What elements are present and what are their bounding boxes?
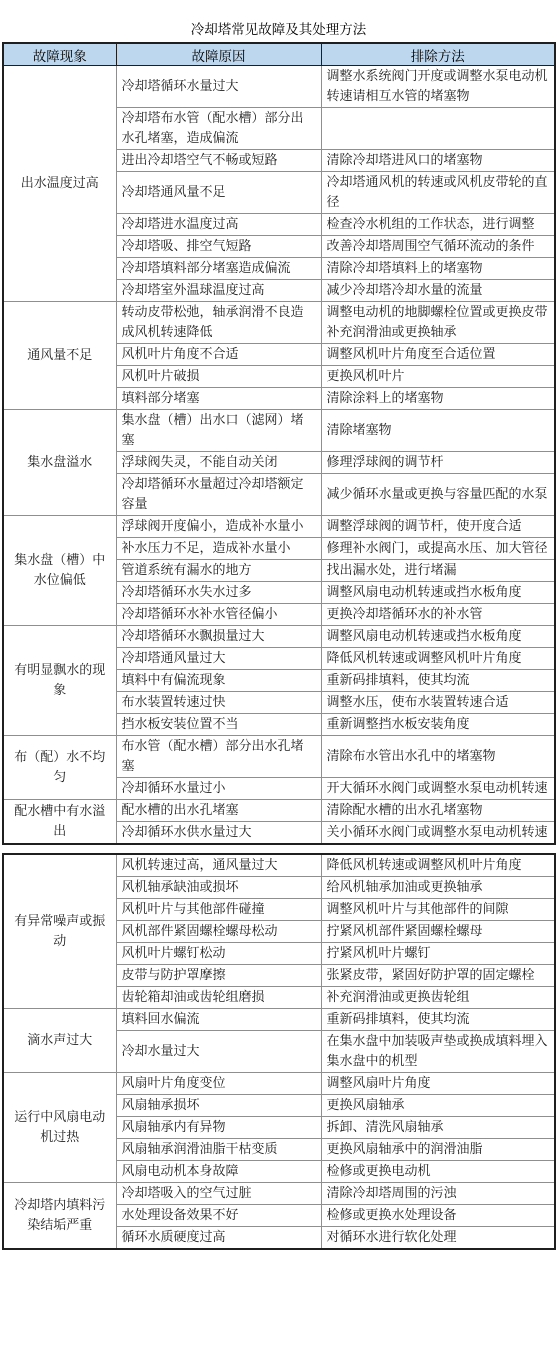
cause-cell: 补水压力不足，造成补水量小: [116, 538, 321, 560]
cause-cell: 风扇电动机本身故障: [116, 1161, 321, 1183]
solution-cell: 调整风扇电动机转速或挡水板角度: [321, 626, 555, 648]
table-row: 布（配）水不均匀布水管（配水槽）部分出水孔堵塞清除布水管出水孔中的堵塞物: [3, 736, 555, 778]
table-row: 运行中风扇电动机过热风扇叶片角度变位调整风扇叶片角度: [3, 1073, 555, 1095]
solution-cell: 清除布水管出水孔中的堵塞物: [321, 736, 555, 778]
cause-cell: 冷却循环水供水量过大: [116, 822, 321, 845]
table-row: 集水盘溢水集水盘（槽）出水口（滤网）堵塞清除堵塞物: [3, 410, 555, 452]
solution-cell: 更换冷却塔循环水的补水管: [321, 604, 555, 626]
cause-cell: 冷却塔循环水补水管径偏小: [116, 604, 321, 626]
solution-cell: 在集水盘中加装吸声垫或换成填料埋入集水盘中的机型: [321, 1031, 555, 1073]
solution-cell: 重新码排填料，使其均流: [321, 670, 555, 692]
cause-cell: 冷却塔通风量过大: [116, 648, 321, 670]
cause-cell: 风机轴承缺油或损坏: [116, 877, 321, 899]
solution-cell: 改善冷却塔周围空气循环流动的条件: [321, 236, 555, 258]
solution-cell: 调整水系统阀门开度或调整水泵电动机转速请相互水管的堵塞物: [321, 66, 555, 108]
solution-cell: 张紧皮带，紧固好防护罩的固定螺栓: [321, 965, 555, 987]
cause-cell: 配水槽的出水孔堵塞: [116, 800, 321, 822]
fault-tables-container: 故障现象故障原因排除方法出水温度过高冷却塔循环水量过大调整水系统阀门开度或调整水…: [0, 42, 557, 1250]
cause-cell: 冷却循环水量过小: [116, 778, 321, 800]
cause-cell: 浮球阀失灵，不能自动关闭: [116, 452, 321, 474]
column-header-phenomenon: 故障现象: [3, 43, 116, 66]
phenomenon-cell: 冷却塔内填料污染结垢严重: [3, 1183, 116, 1250]
phenomenon-cell: 配水槽中有水溢出: [3, 800, 116, 845]
cause-cell: 冷却塔循环水失水过多: [116, 582, 321, 604]
table-row: 配水槽中有水溢出配水槽的出水孔堵塞清除配水槽的出水孔堵塞物: [3, 800, 555, 822]
solution-cell: 开大循环水阀门或调整水泵电动机转速: [321, 778, 555, 800]
solution-cell: 拧紧风机部件紧固螺栓螺母: [321, 921, 555, 943]
fault-table-2: 有异常噪声或振动风机转速过高，通风量过大降低风机转速或调整风机叶片角度风机轴承缺…: [2, 853, 556, 1250]
solution-cell: 调整风扇电动机转速或挡水板角度: [321, 582, 555, 604]
cause-cell: 浮球阀开度偏小，造成补水量小: [116, 516, 321, 538]
phenomenon-cell: 出水温度过高: [3, 66, 116, 302]
solution-cell: 修理浮球阀的调节杆: [321, 452, 555, 474]
cause-cell: 冷却塔填料部分堵塞造成偏流: [116, 258, 321, 280]
solution-cell: 调整水压，使布水装置转速合适: [321, 692, 555, 714]
phenomenon-cell: 布（配）水不均匀: [3, 736, 116, 800]
solution-cell: 更换风扇轴承中的润滑油脂: [321, 1139, 555, 1161]
cause-cell: 风机部件紧固螺栓螺母松动: [116, 921, 321, 943]
solution-cell: 检查冷水机组的工作状态，进行调整: [321, 214, 555, 236]
solution-cell: 重新码排填料，使其均流: [321, 1009, 555, 1031]
solution-cell: 找出漏水处，进行堵漏: [321, 560, 555, 582]
solution-cell: 减少冷却塔冷却水量的流量: [321, 280, 555, 302]
cause-cell: 冷却塔循环水量超过冷却塔额定容量: [116, 474, 321, 516]
cause-cell: 填料回水偏流: [116, 1009, 321, 1031]
solution-cell: 给风机轴承加油或更换轴承: [321, 877, 555, 899]
phenomenon-cell: 运行中风扇电动机过热: [3, 1073, 116, 1183]
cause-cell: 风机叶片与其他部件碰撞: [116, 899, 321, 921]
phenomenon-cell: 通风量不足: [3, 302, 116, 410]
solution-cell: 调整风机叶片与其他部件的间隙: [321, 899, 555, 921]
solution-cell: 减少循环水量或更换与容量匹配的水泵: [321, 474, 555, 516]
cause-cell: 风机叶片破损: [116, 366, 321, 388]
phenomenon-cell: 集水盘溢水: [3, 410, 116, 516]
solution-cell: 清除涂料上的堵塞物: [321, 388, 555, 410]
cause-cell: 冷却塔进水温度过高: [116, 214, 321, 236]
cause-cell: 皮带与防护罩摩擦: [116, 965, 321, 987]
cause-cell: 填料中有偏流现象: [116, 670, 321, 692]
cause-cell: 风机叶片螺钉松动: [116, 943, 321, 965]
cause-cell: 齿轮箱却油或齿轮组磨损: [116, 987, 321, 1009]
solution-cell: 更换风扇轴承: [321, 1095, 555, 1117]
phenomenon-cell: 滴水声过大: [3, 1009, 116, 1073]
cause-cell: 冷却塔循环水飘损量过大: [116, 626, 321, 648]
solution-cell: 清除冷却塔进风口的堵塞物: [321, 150, 555, 172]
solution-cell: 调整浮球阀的调节杆，使开度合适: [321, 516, 555, 538]
solution-cell: 修理补水阀门，或提高水压、加大管径: [321, 538, 555, 560]
solution-cell: 拧紧风机叶片螺钉: [321, 943, 555, 965]
solution-cell: 调整电动机的地脚螺栓位置或更换皮带补充润滑油或更换轴承: [321, 302, 555, 344]
header-row: 故障现象故障原因排除方法: [3, 43, 555, 66]
table-row: 冷却塔内填料污染结垢严重冷却塔吸入的空气过脏清除冷却塔周围的污浊: [3, 1183, 555, 1205]
page-title: 冷却塔常见故障及其处理方法: [0, 0, 557, 42]
cause-cell: 冷却塔室外温球温度过高: [116, 280, 321, 302]
solution-cell: 检修或更换电动机: [321, 1161, 555, 1183]
cause-cell: 布水管（配水槽）部分出水孔堵塞: [116, 736, 321, 778]
solution-cell: 补充润滑油或更换齿轮组: [321, 987, 555, 1009]
solution-cell: 清除堵塞物: [321, 410, 555, 452]
cause-cell: 冷却塔通风量不足: [116, 172, 321, 214]
solution-cell: 拆卸、清洗风扇轴承: [321, 1117, 555, 1139]
table-row: 集水盘（槽）中水位偏低浮球阀开度偏小，造成补水量小调整浮球阀的调节杆，使开度合适: [3, 516, 555, 538]
solution-cell: 清除冷却塔周围的污浊: [321, 1183, 555, 1205]
fault-table-1: 故障现象故障原因排除方法出水温度过高冷却塔循环水量过大调整水系统阀门开度或调整水…: [2, 42, 556, 845]
cause-cell: 布水装置转速过快: [116, 692, 321, 714]
cause-cell: 进出冷却塔空气不畅或短路: [116, 150, 321, 172]
cause-cell: 转动皮带松弛，轴承润滑不良造成风机转速降低: [116, 302, 321, 344]
solution-cell: 调整风机叶片角度至合适位置: [321, 344, 555, 366]
solution-cell: 清除配水槽的出水孔堵塞物: [321, 800, 555, 822]
cause-cell: 挡水板安装位置不当: [116, 714, 321, 736]
cause-cell: 冷却水量过大: [116, 1031, 321, 1073]
solution-cell: 检修或更换水处理设备: [321, 1205, 555, 1227]
solution-cell: 降低风机转速或调整风机叶片角度: [321, 854, 555, 877]
solution-cell: 冷却塔通风机的转速或风机皮带轮的直径: [321, 172, 555, 214]
table-row: 有异常噪声或振动风机转速过高，通风量过大降低风机转速或调整风机叶片角度: [3, 854, 555, 877]
cause-cell: 冷却塔吸入的空气过脏: [116, 1183, 321, 1205]
table-row: 出水温度过高冷却塔循环水量过大调整水系统阀门开度或调整水泵电动机转速请相互水管的…: [3, 66, 555, 108]
cause-cell: 风机叶片角度不合适: [116, 344, 321, 366]
cause-cell: 风扇轴承损坏: [116, 1095, 321, 1117]
phenomenon-cell: 集水盘（槽）中水位偏低: [3, 516, 116, 626]
cause-cell: 管道系统有漏水的地方: [116, 560, 321, 582]
cause-cell: 风扇轴承内有异物: [116, 1117, 321, 1139]
cause-cell: 循环水质硬度过高: [116, 1227, 321, 1250]
table-row: 有明显飘水的现象冷却塔循环水飘损量过大调整风扇电动机转速或挡水板角度: [3, 626, 555, 648]
solution-cell: 关小循环水阀门或调整水泵电动机转速: [321, 822, 555, 845]
cause-cell: 风扇轴承润滑油脂干枯变质: [116, 1139, 321, 1161]
solution-cell: 降低风机转速或调整风机叶片角度: [321, 648, 555, 670]
solution-cell: 重新调整挡水板安装角度: [321, 714, 555, 736]
solution-cell: 清除冷却塔填料上的堵塞物: [321, 258, 555, 280]
column-header-cause: 故障原因: [116, 43, 321, 66]
phenomenon-cell: 有异常噪声或振动: [3, 854, 116, 1009]
cause-cell: 风机转速过高，通风量过大: [116, 854, 321, 877]
solution-cell: [321, 108, 555, 150]
cause-cell: 冷却塔布水管（配水槽）部分出水孔堵塞，造成偏流: [116, 108, 321, 150]
cause-cell: 风扇叶片角度变位: [116, 1073, 321, 1095]
cause-cell: 水处理设备效果不好: [116, 1205, 321, 1227]
cause-cell: 冷却塔循环水量过大: [116, 66, 321, 108]
solution-cell: 对循环水进行软化处理: [321, 1227, 555, 1250]
cause-cell: 填料部分堵塞: [116, 388, 321, 410]
cause-cell: 冷却塔吸、排空气短路: [116, 236, 321, 258]
solution-cell: 更换风机叶片: [321, 366, 555, 388]
table-row: 滴水声过大填料回水偏流重新码排填料，使其均流: [3, 1009, 555, 1031]
column-header-solution: 排除方法: [321, 43, 555, 66]
solution-cell: 调整风扇叶片角度: [321, 1073, 555, 1095]
phenomenon-cell: 有明显飘水的现象: [3, 626, 116, 736]
table-row: 通风量不足转动皮带松弛，轴承润滑不良造成风机转速降低调整电动机的地脚螺栓位置或更…: [3, 302, 555, 344]
cause-cell: 集水盘（槽）出水口（滤网）堵塞: [116, 410, 321, 452]
